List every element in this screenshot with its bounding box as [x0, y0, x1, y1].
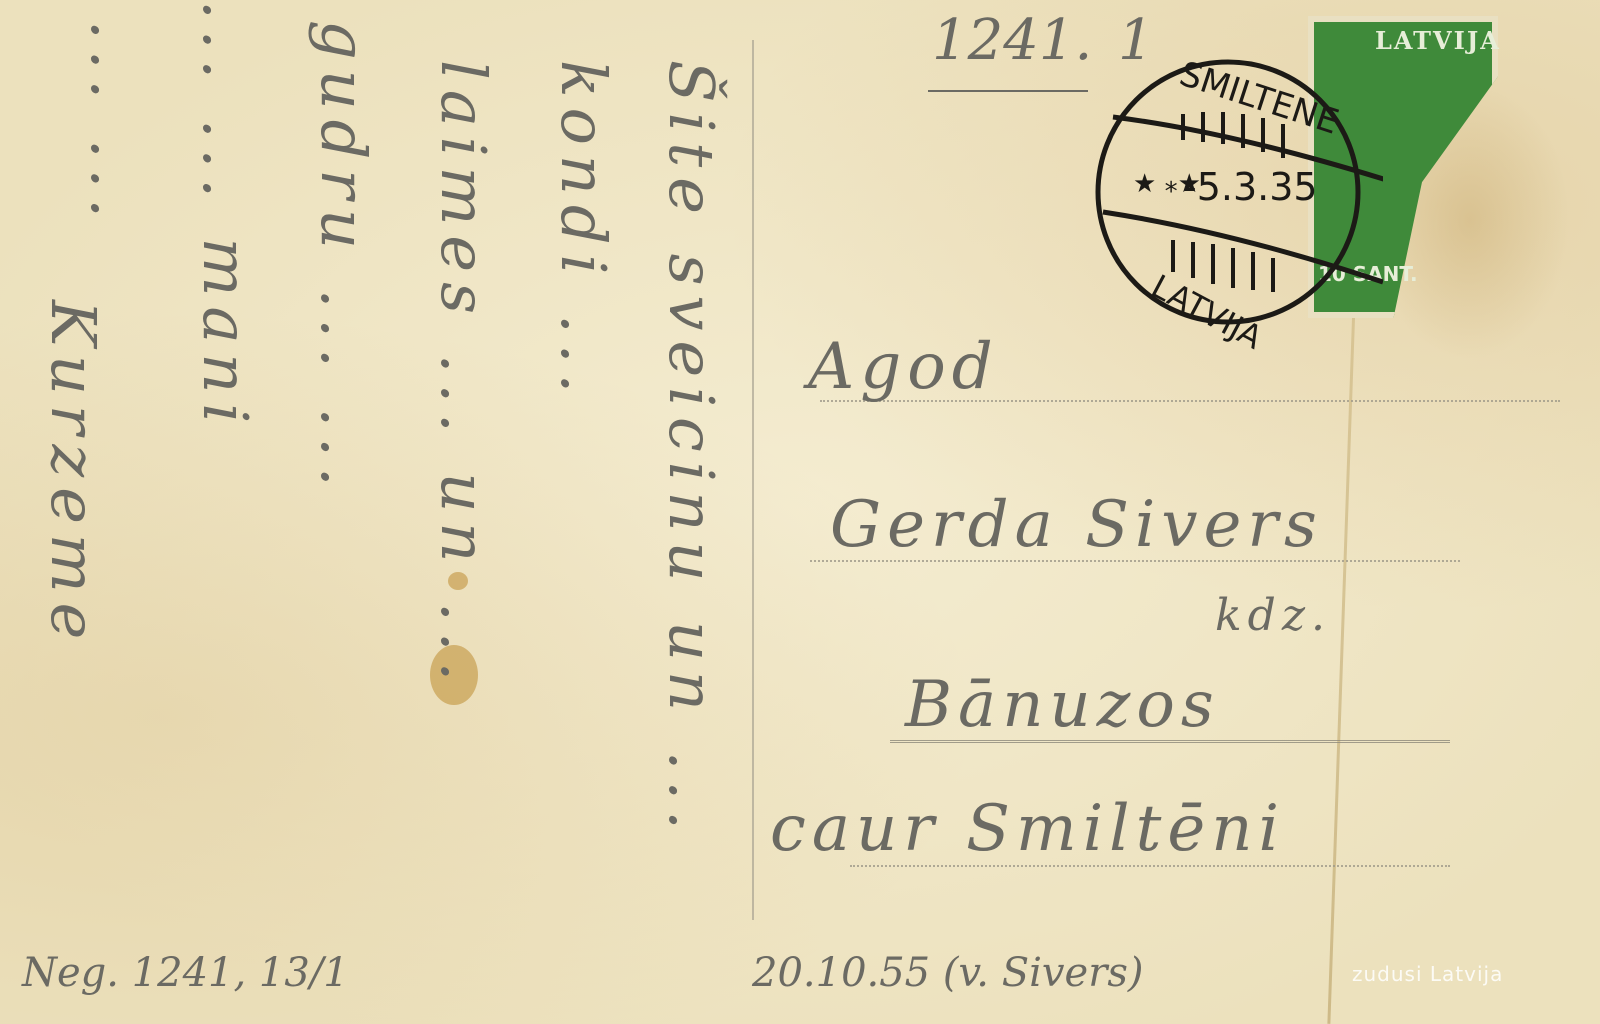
- address-care-of: kdz.: [1215, 590, 1331, 641]
- watermark: zudusi Latvija: [1352, 962, 1503, 986]
- message-line: kondi ...: [547, 60, 620, 403]
- stamp-country: LATVIJA: [1375, 26, 1501, 55]
- center-divider-line: [752, 40, 754, 920]
- address-via: caur Smiltēni: [770, 792, 1285, 866]
- message-line: Kurzeme: [37, 300, 110, 649]
- postmark-cancel-icon: SMILTENE ★ ⁎★ -5.3.35 LATVIJA: [1093, 22, 1383, 362]
- message-line: Šite sveicinu un ...: [655, 60, 728, 840]
- message-line: laimes ... un ...: [427, 60, 500, 691]
- postmark-date: -5.3.35: [1183, 165, 1318, 209]
- postcard-reverse: 1241. 1 Šite sveicinu un ... kondi ... l…: [0, 0, 1600, 1024]
- message-line: gudru ... ...: [307, 20, 380, 497]
- postmark-country: LATVIJA: [1145, 267, 1269, 357]
- address-recipient: Gerda Sivers: [830, 488, 1323, 562]
- date-provenance-note: 20.10.55 (v. Sivers): [752, 950, 1143, 996]
- archive-number-underline: [928, 90, 1088, 92]
- paper-tear: [1327, 300, 1355, 1024]
- archive-number-top: 1241.: [932, 8, 1092, 73]
- negative-number-note: Neg. 1241, 13/1: [22, 950, 349, 996]
- address-estate: Bānuzos: [905, 668, 1220, 742]
- message-line: ... ...: [77, 20, 150, 228]
- address-salutation: Agod: [808, 330, 999, 404]
- message-line: ... ... mani: [189, 0, 262, 433]
